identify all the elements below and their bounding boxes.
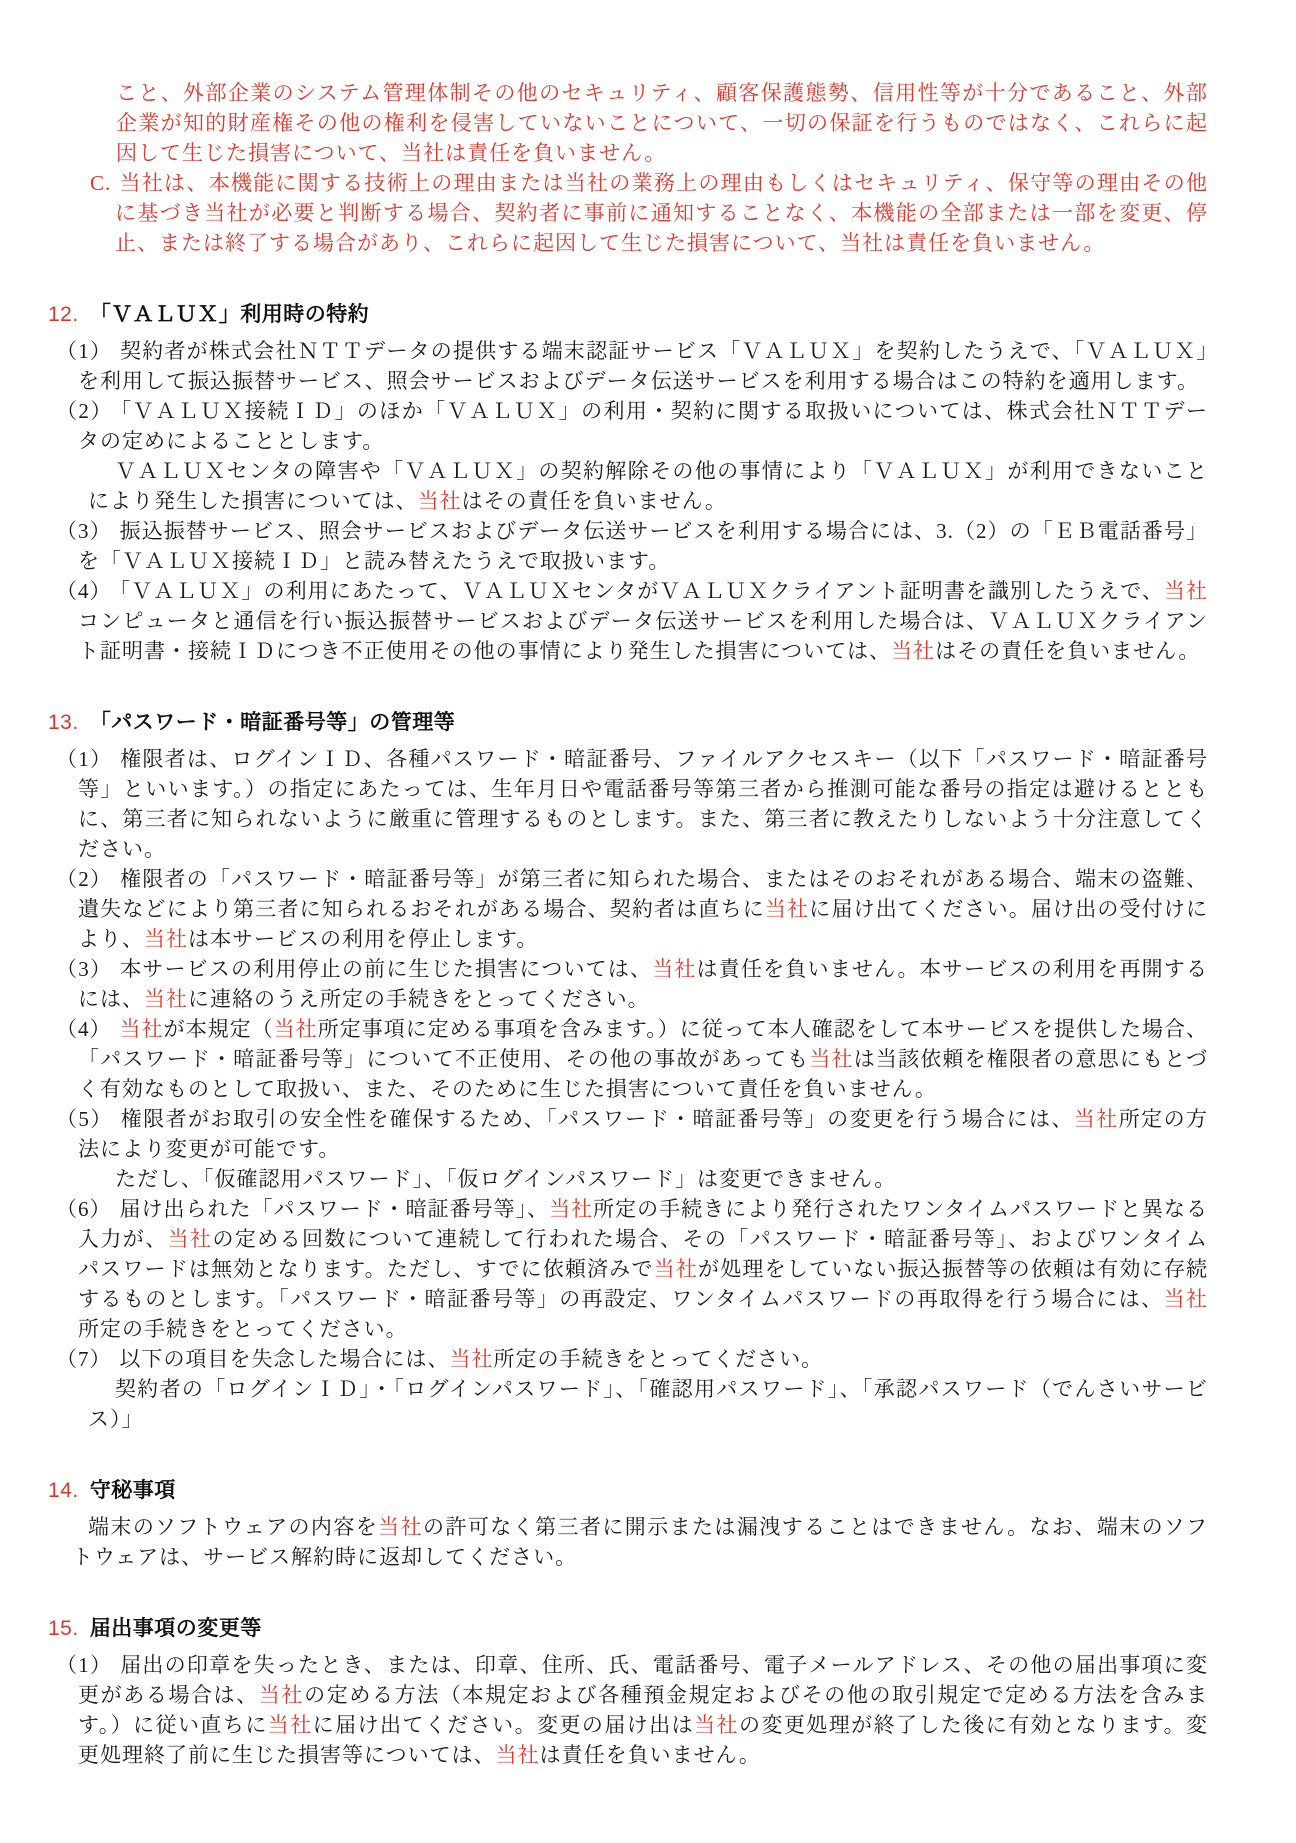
highlighted-term: 当社	[268, 1713, 313, 1737]
text-segment: 契約者の「ログインＩＤ」・「ログインパスワード」、「確認用パスワード」、「承認パ…	[88, 1377, 1208, 1431]
sections: 12.「ＶＡＬＵＸ」利用時の特約（1）契約者が株式会社ＮＴＴデータの提供する端末…	[48, 300, 1208, 1770]
section-number: 12.	[48, 303, 79, 326]
section-14: 14.守秘事項端末のソフトウェアの内容を当社の許可なく第三者に開示または漏洩する…	[48, 1476, 1208, 1572]
paragraph: （3）振込振替サービス、照会サービスおよびデータ伝送サービスを利用する場合には、…	[48, 516, 1208, 576]
item-label: （3）	[56, 519, 112, 543]
section-number: 15.	[48, 1617, 79, 1640]
highlighted-term: 当社	[378, 1515, 423, 1539]
highlighted-term: 当社	[274, 1017, 318, 1041]
paragraph: （4）「ＶＡＬＵＸ」の利用にあたって、ＶＡＬＵＸセンタがＶＡＬＵＸクライアント証…	[48, 576, 1208, 666]
item-label: （1）	[56, 747, 112, 771]
paragraph: ただし、「仮確認用パスワード」、「仮ログインパスワード」は変更できません。	[48, 1164, 1208, 1194]
section-15: 15.届出事項の変更等（1）届出の印章を失ったとき、または、印章、住所、氏、電話…	[48, 1614, 1208, 1770]
text-segment: が本規定（	[164, 1017, 274, 1041]
item-label: （1）	[56, 339, 112, 363]
highlighted-term: 当社	[1074, 1107, 1119, 1131]
highlighted-term: 当社	[1164, 579, 1208, 603]
text-segment: に連絡のうえ所定の手続きをとってください。	[188, 987, 650, 1011]
item-label: C.	[90, 171, 111, 195]
item-label: （3）	[56, 957, 112, 981]
document-page: こと、外部企業のシステム管理体制その他のセキュリティ、顧客保護態勢、信用性等が十…	[0, 0, 1296, 1843]
section-13: 13.「パスワード・暗証番号等」の管理等（1）権限者は、ログインＩＤ、各種パスワ…	[48, 708, 1208, 1434]
highlighted-term: 当社	[765, 897, 809, 921]
section-title: 届出事項の変更等	[90, 1617, 262, 1640]
paragraph: （4）当社が本規定（当社所定事項に定める事項を含みます。）に従って本人確認をして…	[48, 1014, 1208, 1104]
text-segment: 当社は、本機能に関する技術上の理由または当社の業務上の理由もしくはセキュリティ、…	[115, 171, 1208, 255]
highlighted-term: 当社	[418, 489, 462, 513]
section-heading: 14.守秘事項	[48, 1476, 1208, 1506]
text-segment: ただし、「仮確認用パスワード」、「仮ログインパスワード」は変更できません。	[115, 1167, 896, 1191]
text-segment: 端末のソフトウェアの内容を	[88, 1515, 378, 1539]
section-number: 13.	[48, 711, 79, 734]
highlighted-term: 当社	[694, 1713, 739, 1737]
text-segment: 届け出られた「パスワード・暗証番号等」、	[120, 1197, 550, 1221]
item-label: （2）	[56, 399, 113, 423]
highlighted-term: 当社	[809, 1047, 853, 1071]
text-segment: 契約者が株式会社ＮＴＴデータの提供する端末認証サービス「ＶＡＬＵＸ」を契約したう…	[78, 339, 1208, 393]
section-number: 14.	[48, 1479, 79, 1502]
section-title: 「ＶＡＬＵＸ」利用時の特約	[90, 303, 370, 326]
paragraph: （6）届け出られた「パスワード・暗証番号等」、当社所定の手続きにより発行されたワ…	[48, 1194, 1208, 1344]
paragraph: （3）本サービスの利用停止の前に生じた損害については、当社は責任を負いません。本…	[48, 954, 1208, 1014]
highlighted-term: 当社	[1164, 1287, 1208, 1311]
highlighted-term: 当社	[891, 639, 935, 663]
paragraph: 端末のソフトウェアの内容を当社の許可なく第三者に開示または漏洩することはできませ…	[48, 1512, 1208, 1572]
paragraph: （2）「ＶＡＬＵＸ接続ＩＤ」のほか「ＶＡＬＵＸ」の利用・契約に関する取扱いについ…	[48, 396, 1208, 456]
preamble-block: こと、外部企業のシステム管理体制その他のセキュリティ、顧客保護態勢、信用性等が十…	[48, 78, 1208, 258]
item-label: （2）	[56, 867, 112, 891]
text-segment: 「ＶＡＬＵＸ」の利用にあたって、ＶＡＬＵＸセンタがＶＡＬＵＸクライアント証明書を…	[120, 579, 1164, 603]
item-label: （4）	[56, 1017, 112, 1041]
highlighted-term: 当社	[259, 1683, 304, 1707]
item-label: （7）	[56, 1347, 112, 1371]
text-segment: はその責任を負いません。	[462, 489, 727, 513]
text-segment: は本サービスの利用を停止します。	[188, 927, 538, 951]
section-title: 「パスワード・暗証番号等」の管理等	[90, 711, 456, 734]
paragraph: （1）届出の印章を失ったとき、または、印章、住所、氏、電話番号、電子メールアドレ…	[48, 1650, 1208, 1770]
text-segment: 所定の手続きをとってください。	[494, 1347, 824, 1371]
highlighted-term: 当社	[549, 1197, 593, 1221]
paragraph: （1）契約者が株式会社ＮＴＴデータの提供する端末認証サービス「ＶＡＬＵＸ」を契約…	[48, 336, 1208, 396]
item-label: （6）	[56, 1197, 112, 1221]
highlighted-term: 当社	[450, 1347, 494, 1371]
section-heading: 13.「パスワード・暗証番号等」の管理等	[48, 708, 1208, 738]
section-heading: 15.届出事項の変更等	[48, 1614, 1208, 1644]
text-segment: こと、外部企業のシステム管理体制その他のセキュリティ、顧客保護態勢、信用性等が十…	[116, 81, 1208, 165]
section-heading: 12.「ＶＡＬＵＸ」利用時の特約	[48, 300, 1208, 330]
paragraph: （7）以下の項目を失念した場合には、当社所定の手続きをとってください。	[48, 1344, 1208, 1374]
item-label: （1）	[56, 1653, 112, 1677]
text-segment: 所定の手続きをとってください。	[78, 1317, 408, 1341]
highlighted-term: 当社	[120, 1017, 164, 1041]
paragraph: こと、外部企業のシステム管理体制その他のセキュリティ、顧客保護態勢、信用性等が十…	[48, 78, 1208, 168]
highlighted-term: 当社	[496, 1743, 540, 1767]
text-segment: は責任を負いません。	[540, 1743, 761, 1767]
highlighted-term: 当社	[144, 987, 188, 1011]
item-label: （4）	[56, 579, 112, 603]
text-segment: 本サービスの利用停止の前に生じた損害については、	[120, 957, 652, 981]
item-label: （5）	[56, 1107, 113, 1131]
highlighted-term: 当社	[144, 927, 188, 951]
text-segment: 振込振替サービス、照会サービスおよびデータ伝送サービスを利用する場合には、3.（…	[78, 519, 1208, 573]
text-segment: 権限者がお取引の安全性を確保するため、「パスワード・暗証番号等」の変更を行う場合…	[121, 1107, 1074, 1131]
paragraph: （5）権限者がお取引の安全性を確保するため、「パスワード・暗証番号等」の変更を行…	[48, 1104, 1208, 1164]
highlighted-term: 当社	[168, 1227, 213, 1251]
text-segment: はその責任を負いません。	[935, 639, 1200, 663]
text-segment: 「ＶＡＬＵＸ接続ＩＤ」のほか「ＶＡＬＵＸ」の利用・契約に関する取扱いについては、…	[78, 399, 1208, 453]
highlighted-term: 当社	[652, 957, 696, 981]
paragraph: （2）権限者の「パスワード・暗証番号等」が第三者に知られた場合、またはそのおそれ…	[48, 864, 1208, 954]
highlighted-term: 当社	[654, 1257, 698, 1281]
text-segment: に届け出てください。変更の届け出は	[313, 1713, 694, 1737]
text-segment: 権限者は、ログインＩＤ、各種パスワード・暗証番号、ファイルアクセスキー（以下「パ…	[78, 747, 1208, 861]
section-12: 12.「ＶＡＬＵＸ」利用時の特約（1）契約者が株式会社ＮＴＴデータの提供する端末…	[48, 300, 1208, 666]
paragraph: ＶＡＬＵＸセンタの障害や「ＶＡＬＵＸ」の契約解除その他の事情により「ＶＡＬＵＸ」…	[48, 456, 1208, 516]
paragraph: （1）権限者は、ログインＩＤ、各種パスワード・暗証番号、ファイルアクセスキー（以…	[48, 744, 1208, 864]
section-title: 守秘事項	[90, 1479, 176, 1502]
paragraph: 契約者の「ログインＩＤ」・「ログインパスワード」、「確認用パスワード」、「承認パ…	[48, 1374, 1208, 1434]
paragraph: C.当社は、本機能に関する技術上の理由または当社の業務上の理由もしくはセキュリテ…	[48, 168, 1208, 258]
text-segment: 以下の項目を失念した場合には、	[120, 1347, 450, 1371]
